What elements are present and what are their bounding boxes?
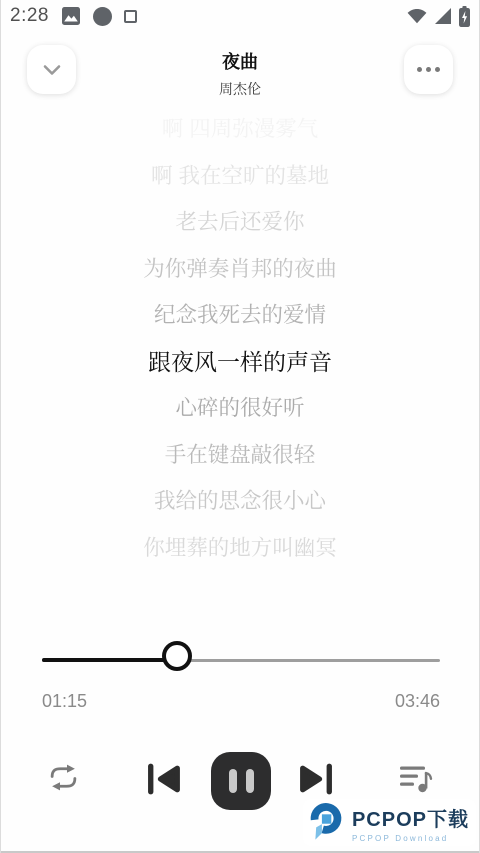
pause-button[interactable] <box>211 752 271 810</box>
watermark-subtext: PCPOP Download <box>352 834 469 843</box>
watermark: PCPOP下载 PCPOP Download <box>303 799 476 846</box>
player-header: 夜曲 周杰伦 <box>0 45 480 101</box>
progress-bar[interactable] <box>42 641 440 679</box>
previous-track-icon <box>146 760 183 798</box>
repeat-icon <box>48 764 79 791</box>
music-player-screen: 2:28 <box>0 0 480 853</box>
record-circle-icon <box>93 7 112 26</box>
status-time: 2:28 <box>10 5 49 27</box>
wifi-icon <box>407 8 427 24</box>
next-track-button[interactable] <box>297 760 334 798</box>
lyric-line-8[interactable]: 我给的思念很小心 <box>0 478 480 525</box>
lyric-line-2[interactable]: 老去后还爱你 <box>0 199 480 246</box>
progress-fill <box>42 658 177 662</box>
song-artist: 周杰伦 <box>80 79 400 99</box>
lyric-line-9[interactable]: 你埋葬的地方叫幽冥 <box>0 525 480 572</box>
time-row: 01:15 03:46 <box>42 691 440 712</box>
image-notification-icon <box>61 6 81 26</box>
lyric-line-3[interactable]: 为你弹奏肖邦的夜曲 <box>0 246 480 293</box>
progress-area: 01:15 03:46 <box>42 641 440 712</box>
screenshot-square-icon <box>124 10 137 23</box>
lyric-line-4[interactable]: 纪念我死去的爱情 <box>0 292 480 339</box>
more-button[interactable] <box>404 45 453 94</box>
watermark-text: PCPOP下载 PCPOP Download <box>352 803 469 843</box>
playlist-button[interactable] <box>399 764 433 794</box>
pcpop-logo-icon <box>308 802 344 843</box>
total-time: 03:46 <box>395 691 440 712</box>
song-info: 夜曲 周杰伦 <box>80 48 400 99</box>
battery-charging-icon <box>459 6 470 27</box>
cellular-signal-icon <box>434 7 452 25</box>
lyric-line-7[interactable]: 手在键盘敲很轻 <box>0 432 480 479</box>
status-bar: 2:28 <box>0 0 480 28</box>
status-bar-left: 2:28 <box>10 5 137 27</box>
more-dots-icon <box>417 67 440 72</box>
chevron-down-icon <box>38 56 66 84</box>
current-time: 01:15 <box>42 691 87 712</box>
pause-icon <box>246 769 254 793</box>
lyric-line-6[interactable]: 心碎的很好听 <box>0 385 480 432</box>
previous-track-button[interactable] <box>146 760 183 798</box>
collapse-button[interactable] <box>27 45 76 94</box>
repeat-button[interactable] <box>48 764 79 791</box>
lyrics-panel[interactable]: 啊 四周弥漫雾气 啊 我在空旷的墓地 老去后还爱你 为你弹奏肖邦的夜曲 纪念我死… <box>0 106 480 571</box>
watermark-brand: PCPOP下载 <box>352 803 469 832</box>
pause-icon <box>229 769 237 793</box>
playlist-icon <box>399 764 433 794</box>
progress-thumb[interactable] <box>162 641 192 671</box>
song-title: 夜曲 <box>80 48 400 74</box>
lyric-line-0[interactable]: 啊 四周弥漫雾气 <box>0 106 480 153</box>
status-bar-right <box>407 6 470 27</box>
lyric-line-5[interactable]: 跟夜风一样的声音 <box>0 339 480 386</box>
next-track-icon <box>297 760 334 798</box>
lyric-line-1[interactable]: 啊 我在空旷的墓地 <box>0 153 480 200</box>
